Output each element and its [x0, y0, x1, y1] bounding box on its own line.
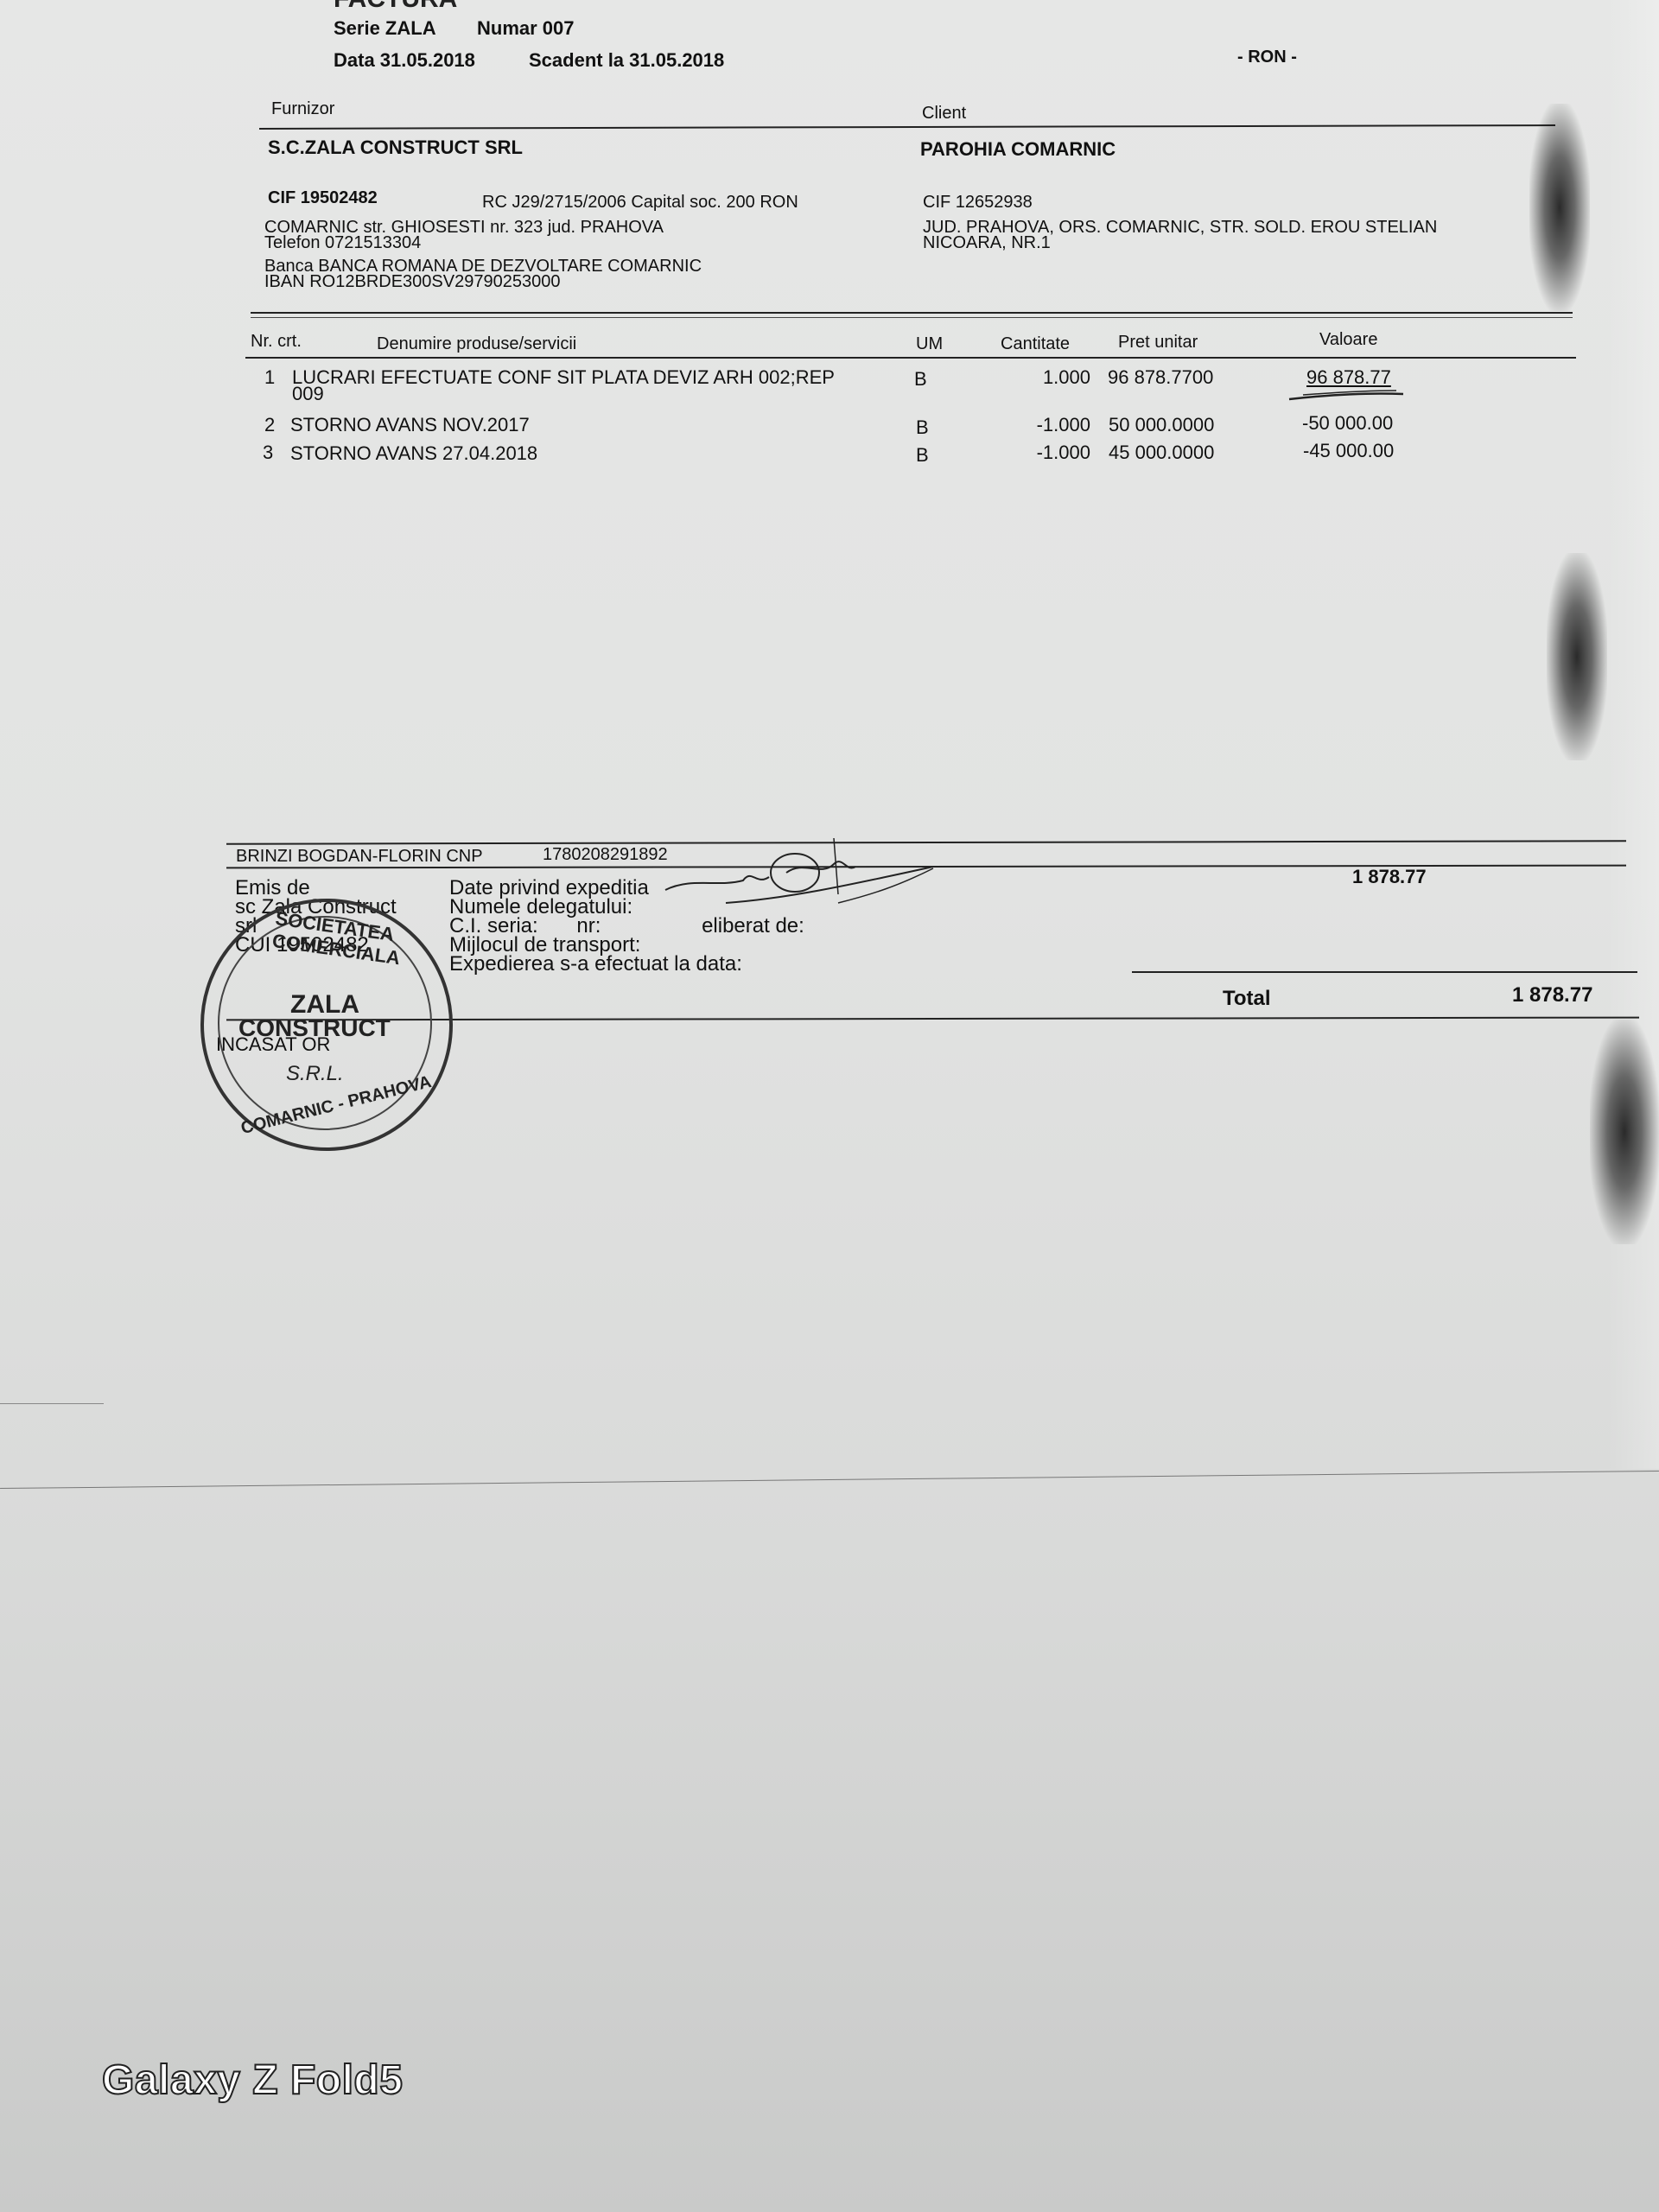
- invoice-date: Data 31.05.2018: [334, 49, 475, 72]
- row-unit-price: 50 000.0000: [1109, 414, 1214, 436]
- supplier-phone: Telefon 0721513304: [264, 233, 421, 253]
- row-value: -45 000.00: [1303, 440, 1394, 462]
- row-nr: 2: [264, 414, 275, 436]
- row-description: STORNO AVANS NOV.2017: [290, 414, 530, 436]
- client-name: PAROHIA COMARNIC: [920, 138, 1116, 161]
- row-quantity: 1.000: [1002, 366, 1090, 389]
- supplier-rc: RC J29/2715/2006 Capital soc. 200 RON: [482, 193, 798, 213]
- client-heading: Client: [922, 104, 966, 124]
- col-header-nr: Nr. crt.: [251, 332, 302, 352]
- invoice-due-date: Scadent la 31.05.2018: [529, 49, 724, 72]
- row-unit-price: 45 000.0000: [1109, 442, 1214, 464]
- toner-smudge: [1590, 1020, 1659, 1244]
- supplier-iban: IBAN RO12BRDE300SV29790253000: [264, 272, 560, 292]
- col-header-unit-price: Pret unitar: [1118, 333, 1198, 353]
- invoice-series: Serie ZALA: [334, 17, 436, 40]
- paper-edge-line: [0, 1471, 1659, 1489]
- col-header-um: UM: [916, 334, 943, 354]
- paper-edge-line: [0, 1403, 104, 1404]
- col-header-quantity: Cantitate: [1001, 334, 1070, 354]
- delegate-name: BRINZI BOGDAN-FLORIN CNP: [236, 847, 483, 867]
- shipping-date: Expedierea s-a efectuat la data:: [449, 955, 804, 974]
- divider: [251, 317, 1573, 318]
- total-value: 1 878.77: [1512, 983, 1592, 1007]
- row-description: STORNO AVANS 27.04.2018: [290, 442, 537, 465]
- supplier-cif: CIF 19502482: [268, 188, 378, 208]
- row-quantity: -1.000: [1002, 414, 1090, 436]
- subtotal-value: 1 878.77: [1352, 866, 1427, 888]
- divider: [245, 357, 1576, 359]
- row-um: B: [916, 416, 929, 439]
- company-stamp: SOCIETATEA COMERCIALA ZALA CONSTRUCT S.R…: [200, 899, 453, 1151]
- invoice-document: FACTURA Serie ZALA Numar 007 Data 31.05.…: [0, 0, 1659, 1123]
- toner-smudge: [1529, 104, 1590, 311]
- supplier-name: S.C.ZALA CONSTRUCT SRL: [268, 137, 523, 159]
- col-header-value: Valoare: [1319, 330, 1377, 350]
- stamp-center-line2: CONSTRUCT: [238, 1014, 391, 1042]
- row-um: B: [914, 368, 927, 391]
- delegate-cnp: 1780208291892: [543, 845, 668, 865]
- client-address-line2: NICOARA, NR.1: [923, 233, 1051, 253]
- total-label: Total: [1223, 987, 1271, 1011]
- divider: [1132, 971, 1637, 973]
- divider: [259, 124, 1555, 130]
- toner-smudge: [1547, 553, 1607, 760]
- row-value: -50 000.00: [1302, 412, 1393, 435]
- row-um: B: [916, 444, 929, 467]
- stamp-center-line3: S.R.L.: [286, 1062, 344, 1086]
- signature: [657, 825, 942, 920]
- row-description-cont: 009: [292, 383, 324, 405]
- client-cif: CIF 12652938: [923, 193, 1033, 213]
- invoice-number: Numar 007: [477, 17, 575, 40]
- supplier-heading: Furnizor: [271, 99, 334, 119]
- camera-watermark: Galaxy Z Fold5: [102, 2056, 403, 2104]
- row-value: 96 878.77: [1306, 366, 1391, 389]
- row-nr: 3: [263, 442, 273, 464]
- row-description: LUCRARI EFECTUATE CONF SIT PLATA DEVIZ A…: [292, 366, 835, 389]
- handwritten-underline: [1286, 387, 1407, 404]
- col-header-description: Denumire produse/servicii: [377, 334, 576, 354]
- divider: [251, 312, 1573, 314]
- row-quantity: -1.000: [1002, 442, 1090, 464]
- row-unit-price: 96 878.7700: [1108, 366, 1213, 389]
- row-nr: 1: [264, 366, 275, 389]
- currency: - RON -: [1237, 48, 1297, 67]
- invoice-title: FACTURA: [334, 0, 457, 14]
